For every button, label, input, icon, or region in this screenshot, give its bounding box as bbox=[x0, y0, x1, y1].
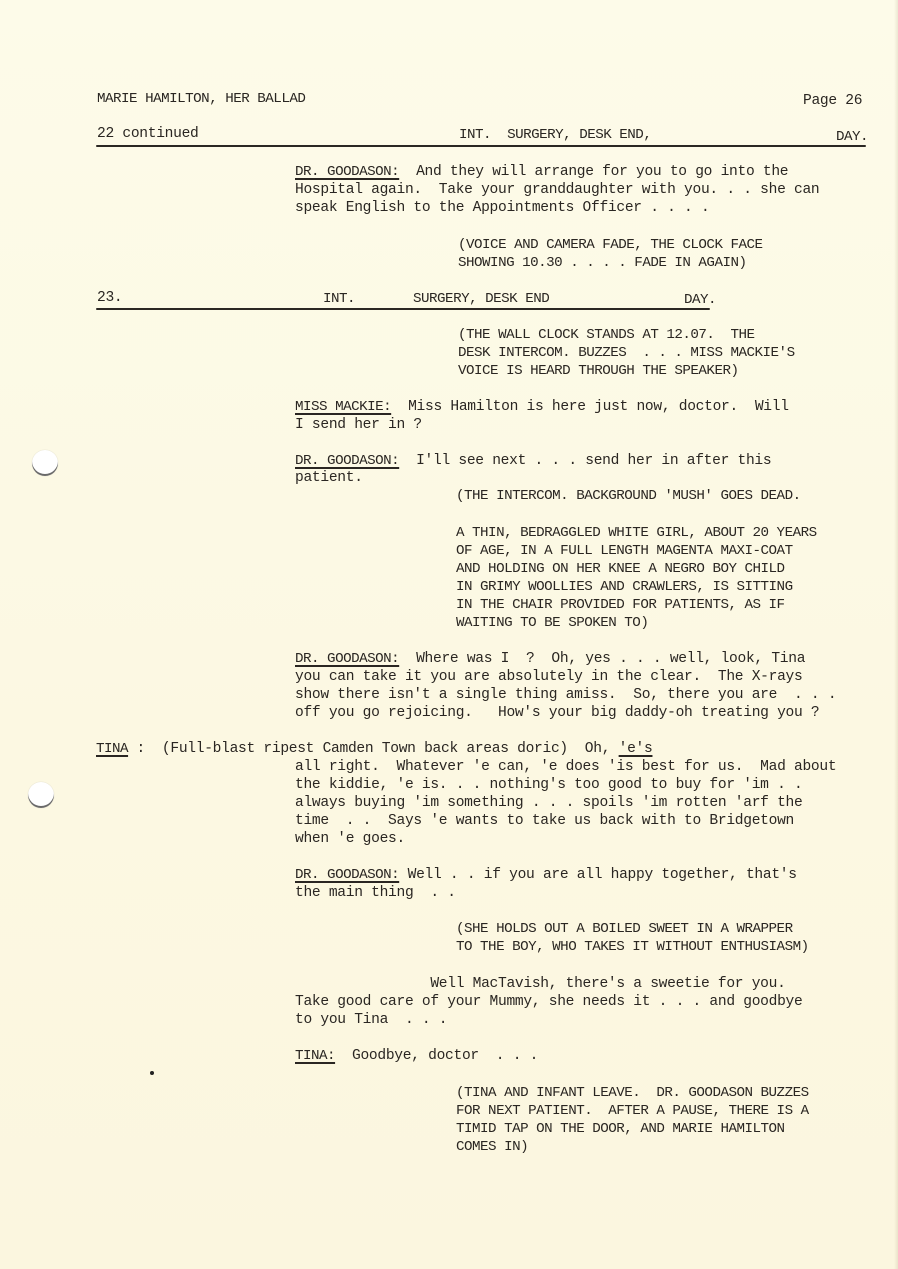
dialogue-line: Where was I ? Oh, yes . . . well, look, … bbox=[399, 651, 805, 667]
paper-edge bbox=[894, 0, 898, 1269]
dialogue-line: Goodbye, doctor . . . bbox=[335, 1048, 538, 1064]
punch-hole bbox=[32, 450, 58, 476]
scene-number: 22 continued bbox=[97, 125, 199, 143]
speaker-separator: : bbox=[128, 741, 162, 757]
direction-line: (THE INTERCOM. BACKGROUND 'MUSH' GOES DE… bbox=[456, 487, 801, 505]
dialogue-line: (Full-blast ripest Camden Town back area… bbox=[162, 741, 619, 757]
dialogue-line: speak English to the Appointments Office… bbox=[295, 199, 709, 217]
dialogue-line: you can take it you are absolutely in th… bbox=[295, 668, 802, 686]
direction-line: OF AGE, IN A FULL LENGTH MAGENTA MAXI-CO… bbox=[456, 542, 793, 560]
scene-time: DAY. bbox=[684, 291, 716, 309]
direction-line: IN GRIMY WOOLLIES AND CRAWLERS, IS SITTI… bbox=[456, 578, 793, 596]
dialogue-line: patient. bbox=[295, 469, 363, 487]
scene-location: SURGERY, DESK END bbox=[413, 290, 549, 308]
speaker-name: DR. GOODASON: bbox=[295, 867, 399, 883]
dialogue-line: Take good care of your Mummy, she needs … bbox=[295, 993, 802, 1011]
direction-line: AND HOLDING ON HER KNEE A NEGRO BOY CHIL… bbox=[456, 560, 785, 578]
dialogue-line: time . . Says 'e wants to take us back w… bbox=[295, 812, 794, 830]
dialogue-line: the kiddie, 'e is. . . nothing's too goo… bbox=[295, 776, 802, 794]
dialogue-line: all right. Whatever 'e can, 'e does 'is … bbox=[295, 758, 836, 776]
dialogue-line: Well MacTavish, there's a sweetie for yo… bbox=[295, 975, 786, 993]
speaker-name: DR. GOODASON: bbox=[295, 164, 399, 180]
dialogue-line: And they will arrange for you to go into… bbox=[399, 164, 788, 180]
dialogue-line: Hospital again. Take your granddaughter … bbox=[295, 181, 819, 199]
direction-line: SHOWING 10.30 . . . . FADE IN AGAIN) bbox=[458, 254, 747, 272]
dialogue-line: I send her in ? bbox=[295, 416, 422, 434]
direction-line: TO THE BOY, WHO TAKES IT WITHOUT ENTHUSI… bbox=[456, 938, 809, 956]
direction-line: DESK INTERCOM. BUZZES . . . MISS MACKIE'… bbox=[458, 344, 795, 362]
scene-int: INT. bbox=[323, 290, 355, 308]
direction-line: (VOICE AND CAMERA FADE, THE CLOCK FACE bbox=[458, 236, 763, 254]
script-page: MARIE HAMILTON, HER BALLAD Page 26 22 co… bbox=[0, 0, 898, 1269]
speaker-name: DR. GOODASON: bbox=[295, 453, 399, 469]
scene-time: DAY. bbox=[836, 128, 868, 146]
page-number: Page 26 bbox=[803, 92, 862, 110]
dialogue-line: off you go rejoicing. How's your big dad… bbox=[295, 704, 819, 722]
scene-heading: INT. SURGERY, DESK END, bbox=[459, 126, 651, 144]
ink-speck bbox=[150, 1071, 154, 1075]
speaker-name: TINA: bbox=[295, 1048, 335, 1064]
direction-line: WAITING TO BE SPOKEN TO) bbox=[456, 614, 648, 632]
speaker-name: DR. GOODASON: bbox=[295, 651, 399, 667]
punch-hole bbox=[28, 782, 54, 808]
direction-line: IN THE CHAIR PROVIDED FOR PATIENTS, AS I… bbox=[456, 596, 785, 614]
dialogue-line: the main thing . . bbox=[295, 884, 456, 902]
dialogue-line: I'll see next . . . send her in after th… bbox=[399, 453, 771, 469]
direction-line: VOICE IS HEARD THROUGH THE SPEAKER) bbox=[458, 362, 739, 380]
direction-line: (THE WALL CLOCK STANDS AT 12.07. THE bbox=[458, 326, 755, 344]
document-title: MARIE HAMILTON, HER BALLAD bbox=[97, 90, 305, 108]
direction-line: TIMID TAP ON THE DOOR, AND MARIE HAMILTO… bbox=[456, 1120, 785, 1138]
dialogue-line: always buying 'im something . . . spoils… bbox=[295, 794, 802, 812]
dialogue-emphasis: 'e's bbox=[619, 741, 653, 757]
direction-line: FOR NEXT PATIENT. AFTER A PAUSE, THERE I… bbox=[456, 1102, 809, 1120]
dialogue-line: Miss Hamilton is here just now, doctor. … bbox=[391, 399, 789, 415]
direction-line: A THIN, BEDRAGGLED WHITE GIRL, ABOUT 20 … bbox=[456, 524, 817, 542]
scene-number: 23. bbox=[97, 289, 122, 307]
direction-line: (TINA AND INFANT LEAVE. DR. GOODASON BUZ… bbox=[456, 1084, 809, 1102]
direction-line: (SHE HOLDS OUT A BOILED SWEET IN A WRAPP… bbox=[456, 920, 793, 938]
dialogue-line: when 'e goes. bbox=[295, 830, 405, 848]
dialogue-line: to you Tina . . . bbox=[295, 1011, 447, 1029]
direction-line: COMES IN) bbox=[456, 1138, 528, 1156]
dialogue-line: show there isn't a single thing amiss. S… bbox=[295, 686, 836, 704]
scene-rule bbox=[96, 308, 710, 310]
speaker-name: MISS MACKIE: bbox=[295, 399, 391, 415]
speaker-name: TINA bbox=[96, 741, 128, 757]
dialogue-line: Well . . if you are all happy together, … bbox=[399, 867, 797, 883]
scene-rule bbox=[96, 145, 866, 147]
